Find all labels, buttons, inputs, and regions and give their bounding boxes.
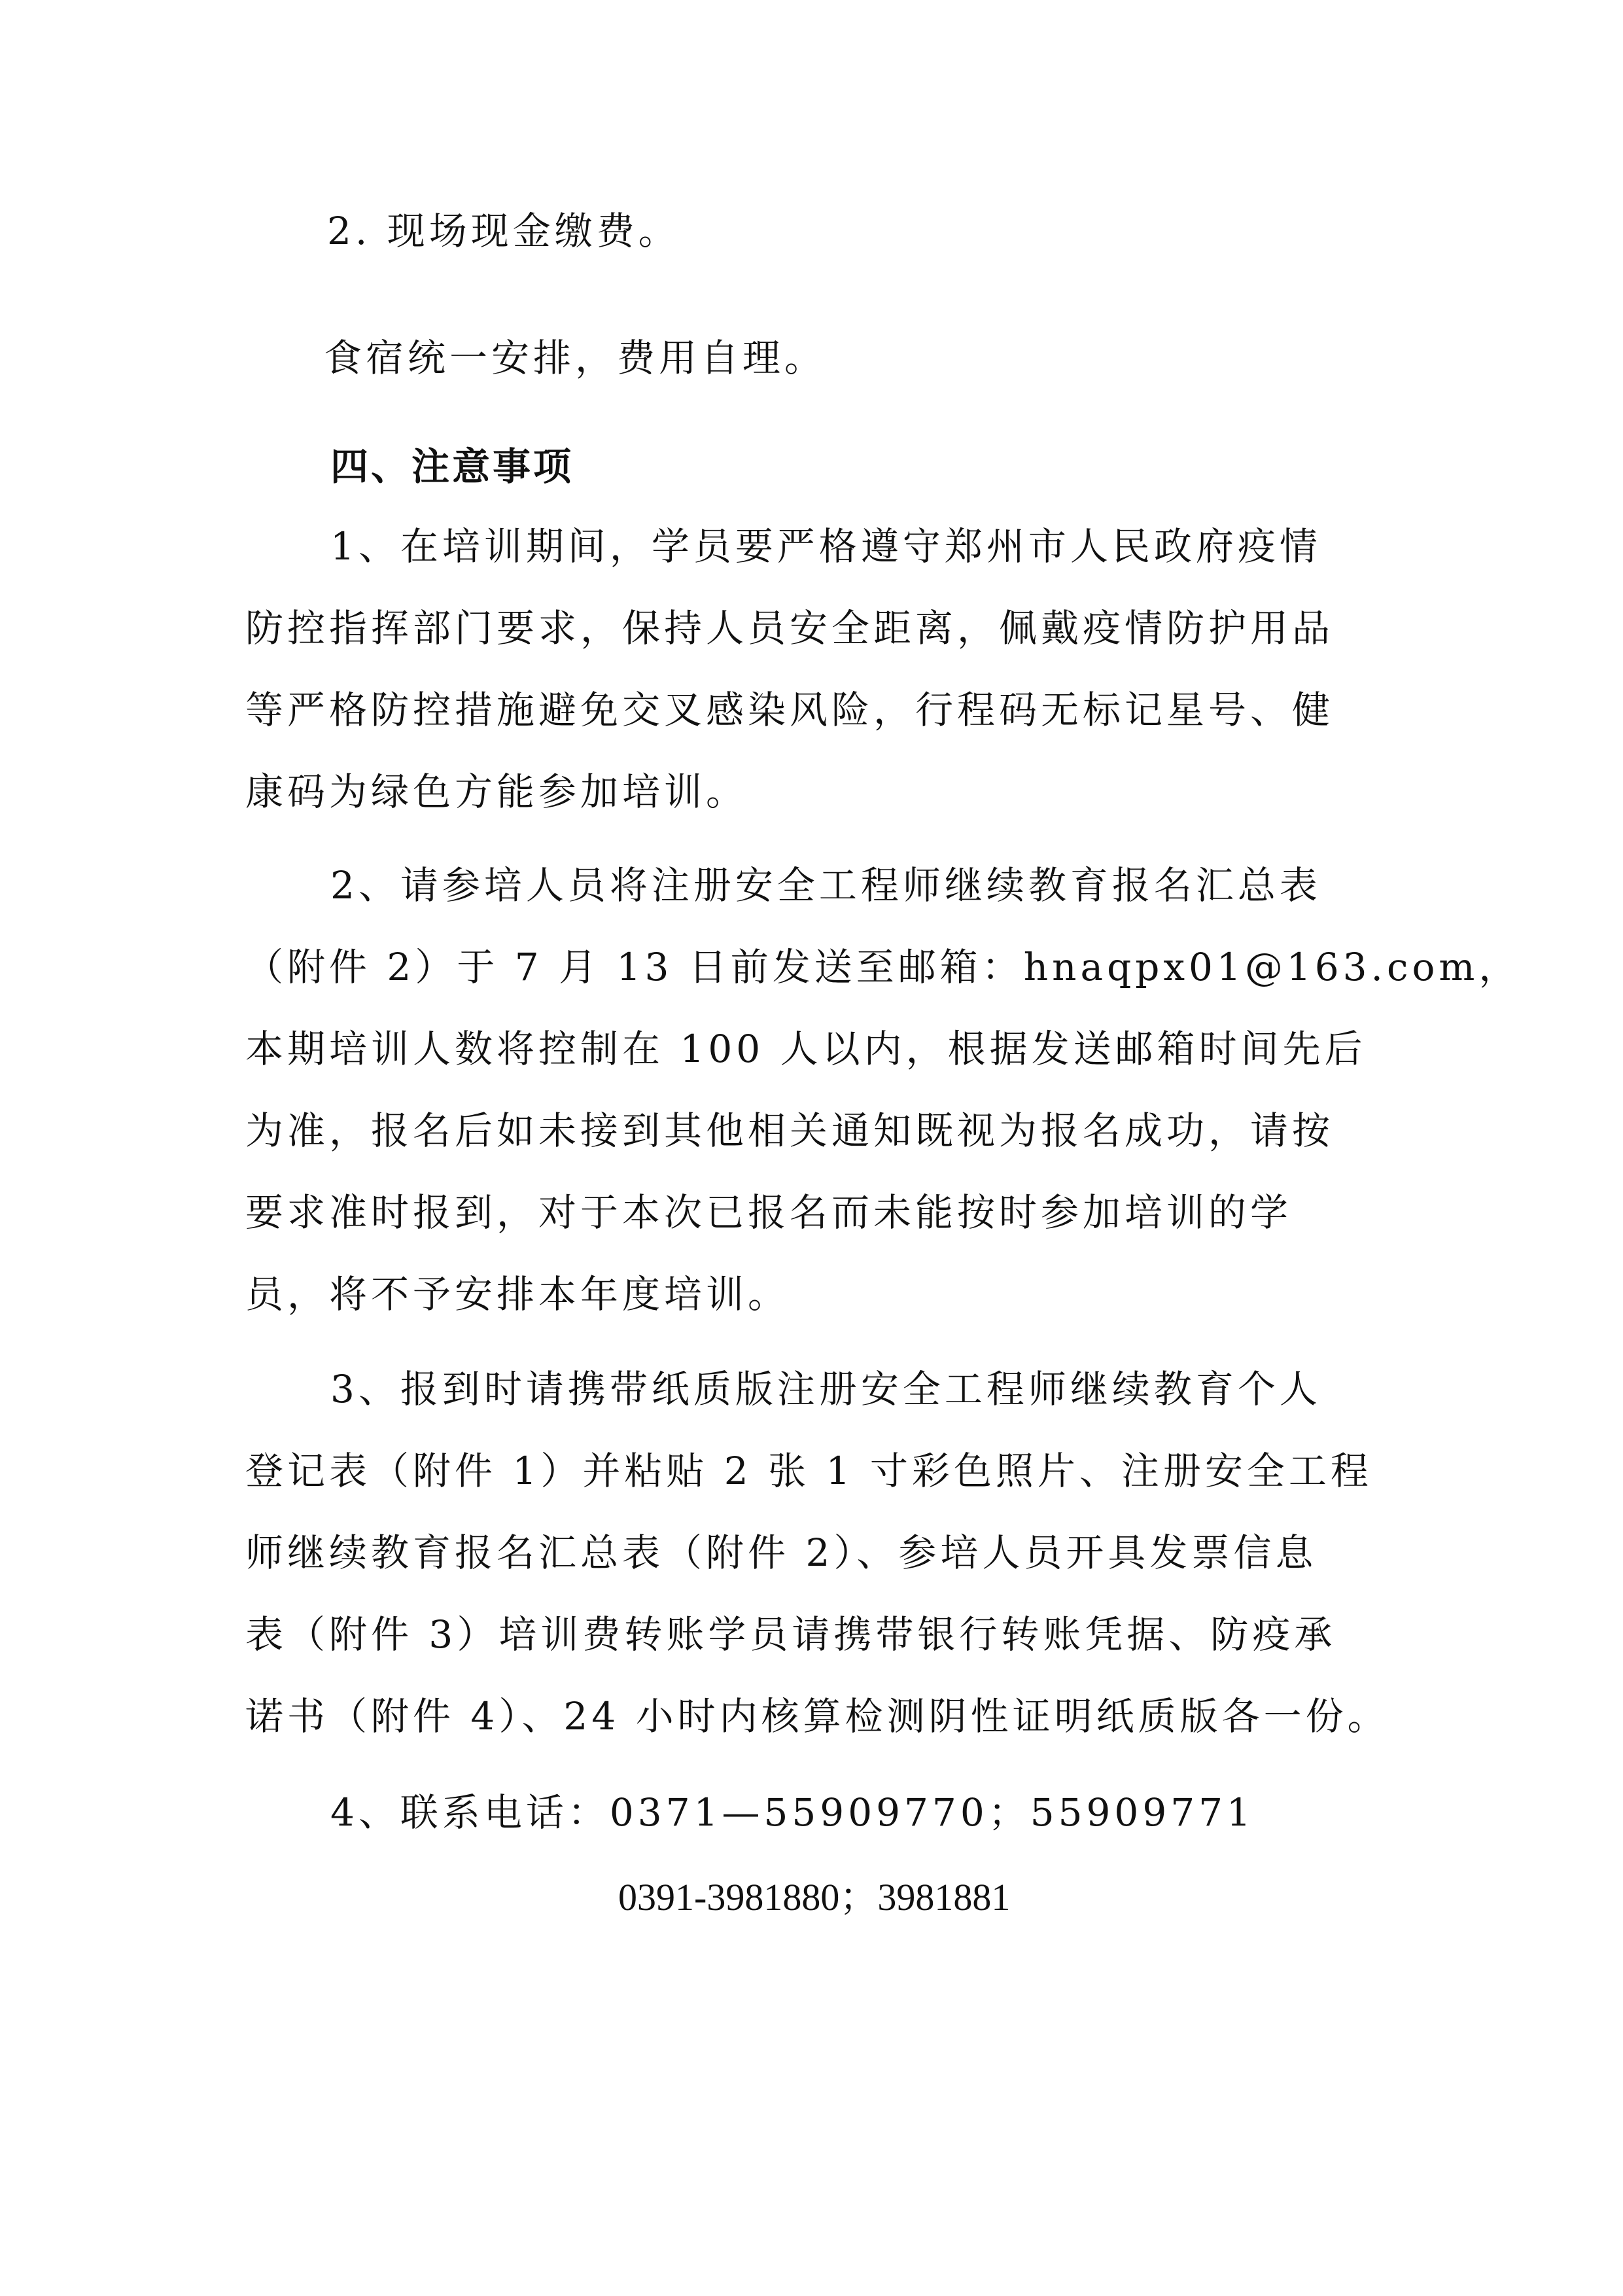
note-3-line-5: 诺书（附件 4）、24 小时内核算检测阴性证明纸质版各一份。 — [245, 1693, 1389, 1739]
note-3-line-1: 3、报到时请携带纸质版注册安全工程师继续教育个人 — [330, 1366, 1321, 1412]
note-3-line-2: 登记表（附件 1）并粘贴 2 张 1 寸彩色照片、注册安全工程 — [245, 1448, 1372, 1494]
note-1-line-3: 等严格防控措施避免交叉感染风险，行程码无标记星号、健 — [245, 687, 1334, 733]
note-1-line-2: 防控指挥部门要求，保持人员安全距离，佩戴疫情防护用品 — [245, 605, 1334, 651]
note-2-line-2: （附件 2）于 7 月 13 日前发送至邮箱：hnaqpx01@163.com， — [245, 944, 1520, 990]
note-2-line-1: 2、请参培人员将注册安全工程师继续教育报名汇总表 — [330, 862, 1321, 908]
note-3-line-4: 表（附件 3）培训费转账学员请携带银行转账凭据、防疫承 — [245, 1612, 1336, 1657]
note-2-line-6: 员，将不予安排本年度培训。 — [245, 1271, 790, 1317]
section-title: 四、注意事项 — [330, 444, 574, 489]
contact-phone-line-1: 4、联系电话：0371—55909770；55909771 — [330, 1790, 1255, 1835]
note-3-line-3: 师继续教育报名汇总表（附件 2）、参培人员开具发票信息 — [245, 1530, 1317, 1576]
note-1-line-4: 康码为绿色方能参加培训。 — [245, 769, 748, 815]
accommodation-note: 食宿统一安排，费用自理。 — [324, 335, 826, 381]
note-1-line-1: 1、在培训期间，学员要严格遵守郑州市人民政府疫情 — [330, 523, 1321, 569]
note-2-line-5: 要求准时报到，对于本次已报名而未能按时参加培训的学 — [245, 1190, 1292, 1235]
note-2-line-4: 为准，报名后如未接到其他相关通知既视为报名成功，请按 — [245, 1108, 1334, 1154]
contact-phone-line-2: 0391-3981880；3981881 — [618, 1875, 1010, 1920]
note-2-line-3: 本期培训人数将控制在 100 人以内，根据发送邮箱时间先后 — [245, 1026, 1367, 1072]
payment-item-2: 2. 现场现金缴费。 — [327, 208, 680, 254]
